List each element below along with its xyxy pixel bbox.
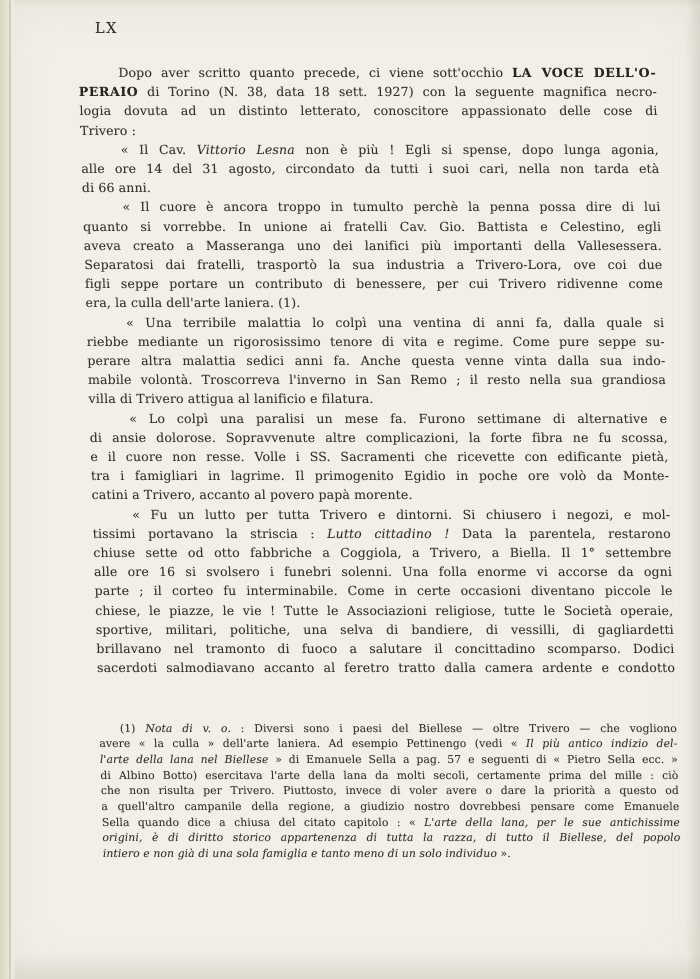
text-run: (1) <box>120 722 146 735</box>
body-line: di ansie dolorose. Sopravvenute altre co… <box>89 428 668 447</box>
italic-run: Vittorio Lesna <box>196 142 295 157</box>
text-run: che non risulta per Trivero. Piuttosto, … <box>101 784 679 797</box>
text-run: di ansie dolorose. Sopravvenute altre co… <box>90 430 668 445</box>
body-line: mabile volontà. Troscorreva l'inverno in… <box>88 370 667 389</box>
bold-run: PERAIO <box>79 84 139 99</box>
text-run: tra i famigliari in lagrime. Il primogen… <box>91 468 669 483</box>
page-left-edge-line <box>9 0 11 979</box>
text-run: e il cuore non resse. Volle i SS. Sacram… <box>90 449 668 464</box>
body-line: perare altra malattia sedici anni fa. An… <box>87 351 666 370</box>
body-line: « Il Cav. Vittorio Lesna non è più ! Egl… <box>80 140 659 159</box>
text-run: villa di Trivero attigua al lanificio e … <box>88 391 373 406</box>
page-number: LX <box>95 21 118 37</box>
bold-run: LA VOCE DELL'O- <box>512 65 657 80</box>
text-run: Separatosi dai fratelli, trasportò la su… <box>84 257 662 272</box>
body-line: alle ore 14 del 31 agosto, circondato da… <box>81 159 660 178</box>
footnote: (1) Nota di v. o. : Diversi sono i paesi… <box>99 721 681 862</box>
italic-run: l'arte della lana nel Biellese <box>100 753 269 766</box>
text-run: alle ore 16 si svolsero i funebri solenn… <box>94 564 672 579</box>
text-run: ». <box>497 847 511 860</box>
text-run: « Il cuore è ancora troppo in tumulto pe… <box>122 199 660 214</box>
body-line: sportive, militari, politiche, una selva… <box>96 620 675 639</box>
text-run: riebbe mediante un rigorosissimo tenore … <box>87 334 665 349</box>
footnote-line: Sella quando dice a chiusa del citato ca… <box>102 815 680 831</box>
italic-run: intiero e non già di una sola famiglia e… <box>103 847 498 860</box>
body-line: figli seppe portare un contributo di ben… <box>85 274 664 293</box>
footnote-line: di Albino Botto) esercitava l'arte della… <box>100 768 678 784</box>
body-line: « Il cuore è ancora troppo in tumulto pe… <box>82 197 661 216</box>
footnote-line: origini, è di diritto storico appartenen… <box>102 830 680 846</box>
italic-run: Il più antico indizio del- <box>526 737 678 750</box>
body-line: Trivero : <box>80 121 659 140</box>
text-run: Trivero : <box>80 123 136 138</box>
body-line: quanto si vorrebbe. In unione ai fratell… <box>83 217 662 236</box>
footnote-line: intiero e non già di una sola famiglia e… <box>103 846 681 862</box>
text-run: di Torino (N. 38, data 18 sett. 1927) co… <box>138 84 657 99</box>
text-run: « Fu un lutto per tutta Trivero e dintor… <box>132 507 670 522</box>
text-run: « Lo colpì una paralisi un mese fa. Furo… <box>129 411 667 426</box>
body-line: Dopo aver scritto quanto precede, ci vie… <box>78 63 657 82</box>
footnote-line: l'arte della lana nel Biellese » di Eman… <box>100 752 678 768</box>
footnote-line: a quell'altro campanile della regione, a… <box>101 799 679 815</box>
text-run: logia dovuta ad un distinto letterato, c… <box>79 103 657 118</box>
text-run: quanto si vorrebbe. In unione ai fratell… <box>83 219 661 234</box>
text-run: » di Emanuele Sella a pag. 57 e seguenti… <box>268 753 678 766</box>
italic-run: Nota di v. o. <box>145 722 231 735</box>
body-line: aveva creato a Masseranga uno dei lanifi… <box>83 236 662 255</box>
body-line: « Una terribile malattia lo colpì una ve… <box>86 313 665 332</box>
body-line: PERAIO di Torino (N. 38, data 18 sett. 1… <box>79 82 658 101</box>
text-run: Dopo aver scritto quanto precede, ci vie… <box>118 65 512 80</box>
body-line: « Lo colpì una paralisi un mese fa. Furo… <box>89 409 668 428</box>
body-line: riebbe mediante un rigorosissimo tenore … <box>86 332 665 351</box>
text-run: avere « la culla » dell'arte laniera. Ad… <box>99 737 526 750</box>
body-line: Separatosi dai fratelli, trasportò la su… <box>84 255 663 274</box>
body-line: « Fu un lutto per tutta Trivero e dintor… <box>92 505 671 524</box>
body-line: parte ; il corteo fu interminabile. Come… <box>94 581 673 600</box>
body-line: tissimi portavano la striscia : Lutto ci… <box>92 524 671 543</box>
text-run: catini a Trivero, accanto al povero papà… <box>91 487 412 502</box>
body-line: e il cuore non resse. Volle i SS. Sacram… <box>90 447 669 466</box>
text-run: « Il Cav. <box>120 142 196 157</box>
text-block: Dopo aver scritto quanto precede, ci vie… <box>78 63 681 862</box>
text-run: brillavano nel tramonto di fuoco a salut… <box>96 641 674 656</box>
text-run: sportive, militari, politiche, una selva… <box>96 622 674 637</box>
body-text: Dopo aver scritto quanto precede, ci vie… <box>78 63 675 678</box>
text-run: aveva creato a Masseranga uno dei lanifi… <box>83 238 661 253</box>
text-run: di Albino Botto) esercitava l'arte della… <box>100 769 678 782</box>
footnote-line: che non risulta per Trivero. Piuttosto, … <box>101 783 679 799</box>
text-run: alle ore 14 del 31 agosto, circondato da… <box>81 161 659 176</box>
text-run: mabile volontà. Troscorreva l'inverno in… <box>88 372 666 387</box>
text-run: tissimi portavano la striscia : <box>93 526 328 541</box>
body-line: di 66 anni. <box>82 178 661 197</box>
body-line: villa di Trivero attigua al lanificio e … <box>88 389 667 408</box>
text-run: figli seppe portare un contributo di ben… <box>85 276 663 291</box>
text-run: Data la parentela, restarono <box>449 526 671 541</box>
footnote-line: (1) Nota di v. o. : Diversi sono i paesi… <box>99 721 677 737</box>
text-run: a quell'altro campanile della regione, a… <box>101 800 679 813</box>
text-run: era, la culla dell'arte laniera. (1). <box>85 295 300 310</box>
body-line: chiuse sette od otto fabbriche a Coggiol… <box>93 543 672 562</box>
text-run: parte ; il corteo fu interminabile. Come… <box>94 583 672 598</box>
text-run: sacerdoti salmodiavano accanto al feretr… <box>97 660 675 675</box>
text-run: di 66 anni. <box>82 180 152 195</box>
italic-run: origini, è di diritto storico appartenen… <box>102 831 680 844</box>
body-line: tra i famigliari in lagrime. Il primogen… <box>91 466 670 485</box>
body-line: catini a Trivero, accanto al povero papà… <box>91 485 670 504</box>
italic-run: Lutto cittadino ! <box>327 526 450 541</box>
text-run: chiese, le piazze, le vie ! Tutte le Ass… <box>95 603 673 618</box>
body-line: logia dovuta ad un distinto letterato, c… <box>79 101 658 120</box>
body-line: sacerdoti salmodiavano accanto al feretr… <box>97 658 676 677</box>
text-run: Sella quando dice a chiusa del citato ca… <box>102 816 425 829</box>
italic-run: L'arte della lana, per le sue antichissi… <box>424 816 680 829</box>
scanned-page: LX Dopo aver scritto quanto precede, ci … <box>0 0 700 979</box>
body-line: era, la culla dell'arte laniera. (1). <box>85 293 664 312</box>
text-run: non è più ! Egli si spense, dopo lunga a… <box>295 142 659 157</box>
footnote-line: avere « la culla » dell'arte laniera. Ad… <box>99 736 677 752</box>
body-line: chiese, le piazze, le vie ! Tutte le Ass… <box>95 601 674 620</box>
page-left-edge <box>0 0 16 979</box>
text-run: chiuse sette od otto fabbriche a Coggiol… <box>93 545 671 560</box>
text-run: « Una terribile malattia lo colpì una ve… <box>126 315 664 330</box>
text-run: perare altra malattia sedici anni fa. An… <box>87 353 665 368</box>
text-run: : Diversi sono i paesi del Biellese — ol… <box>231 722 677 735</box>
body-line: brillavano nel tramonto di fuoco a salut… <box>96 639 675 658</box>
body-line: alle ore 16 si svolsero i funebri solenn… <box>94 562 673 581</box>
